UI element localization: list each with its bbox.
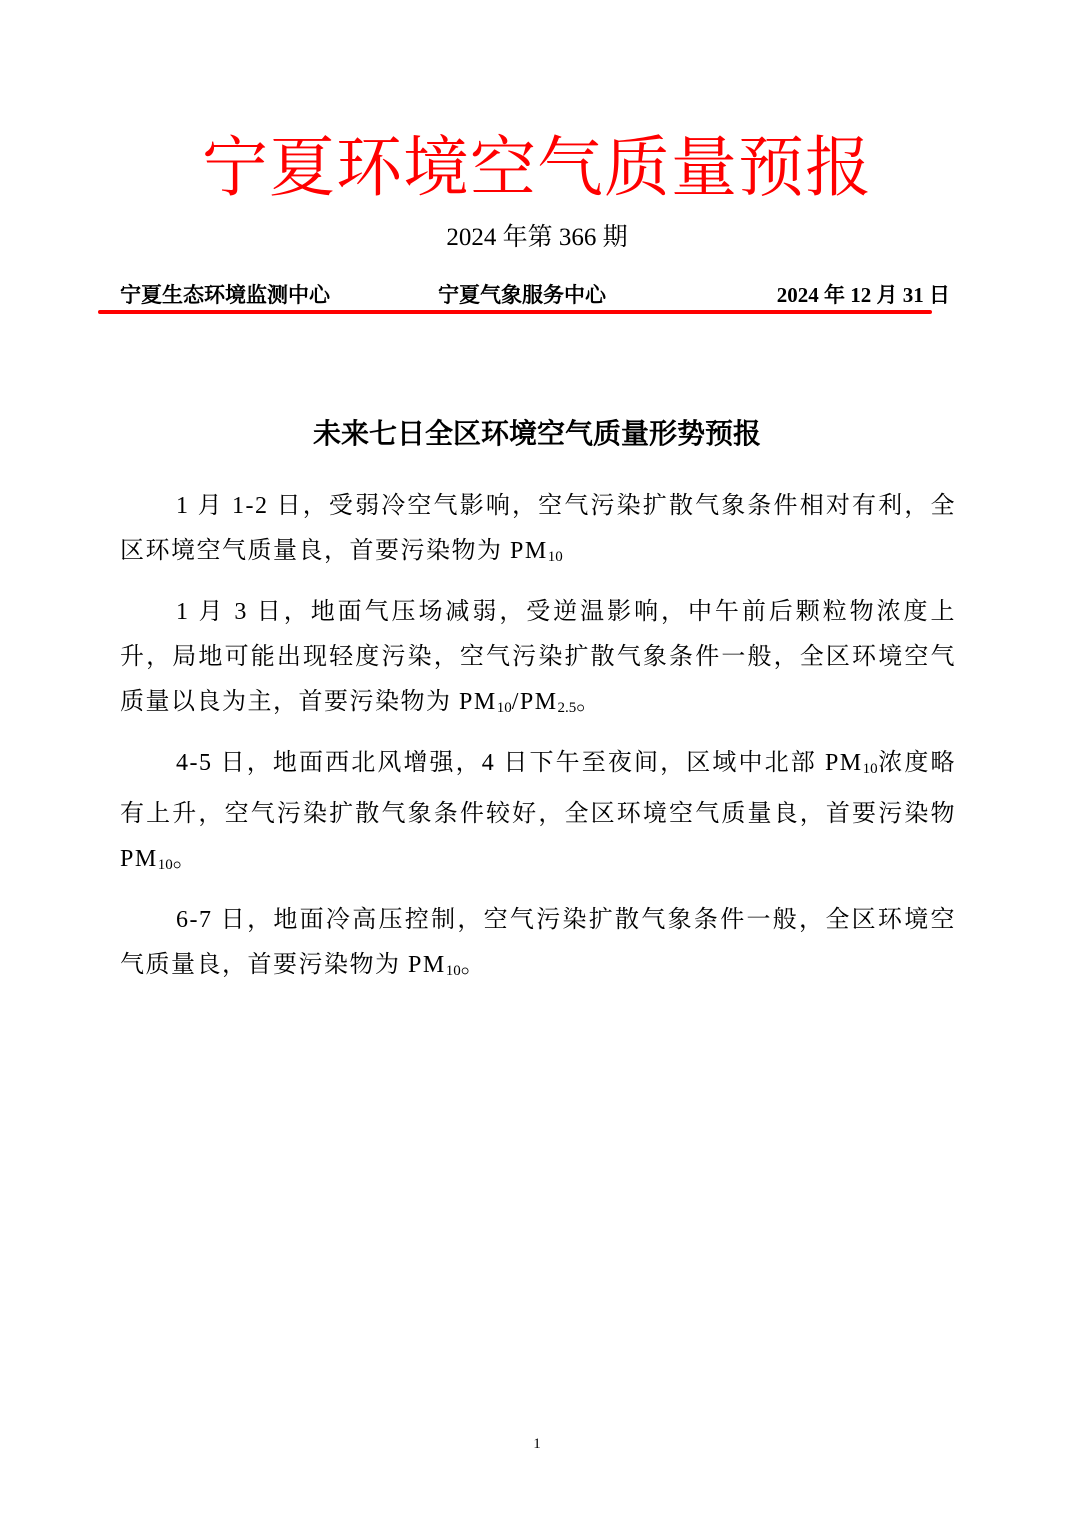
red-divider-line: [98, 310, 932, 314]
paragraph-text: 6-7 日，地面冷高压控制，空气污染扩散气象条件一般，全区环境空气质量良，首要污…: [120, 907, 956, 978]
document-masthead-title: 宁夏环境空气质量预报: [0, 128, 1074, 208]
publish-date: 2024 年 12 月 31 日: [777, 278, 950, 312]
publisher-info-bar: 宁夏生态环境监测中心 宁夏气象服务中心 2024 年 12 月 31 日: [120, 278, 950, 312]
subscript: 10: [446, 963, 461, 979]
forecast-paragraph-day4-5: 4-5 日，地面西北风增强，4 日下午至夜间，区域中北部 PM10浓度略有上升，…: [120, 741, 956, 888]
forecast-paragraph-day1-2: 1 月 1-2 日，受弱冷空气影响，空气污染扩散气象条件相对有利，全区环境空气质…: [120, 484, 956, 580]
subscript: 2.5: [558, 700, 577, 716]
paragraph-end: 。: [576, 689, 602, 715]
paragraph-end: 。: [173, 846, 199, 872]
section-title: 未来七日全区环境空气质量形势预报: [0, 412, 1074, 456]
issue-number: 2024 年第 366 期: [0, 218, 1074, 258]
paragraph-end: 。: [461, 952, 487, 978]
subscript: 10: [548, 549, 563, 565]
subscript: 10: [497, 700, 512, 716]
paragraph-text: 4-5 日，地面西北风增强，4 日下午至夜间，区域中北部 PM: [176, 750, 863, 776]
forecast-paragraph-day6-7: 6-7 日，地面冷高压控制，空气污染扩散气象条件一般，全区环境空气质量良，首要污…: [120, 898, 956, 994]
paragraph-text: /PM: [512, 689, 558, 715]
publisher-ecology-center: 宁夏生态环境监测中心: [120, 278, 330, 312]
paragraph-text: 1 月 1-2 日，受弱冷空气影响，空气污染扩散气象条件相对有利，全区环境空气质…: [120, 493, 956, 564]
forecast-paragraph-day3: 1 月 3 日，地面气压场减弱，受逆温影响，中午前后颗粒物浓度上升，局地可能出现…: [120, 590, 956, 731]
page-number: 1: [0, 1436, 1074, 1453]
subscript: 10: [863, 761, 878, 777]
publisher-weather-center: 宁夏气象服务中心: [438, 278, 606, 312]
forecast-body: 1 月 1-2 日，受弱冷空气影响，空气污染扩散气象条件相对有利，全区环境空气质…: [120, 484, 956, 1004]
subscript: 10: [158, 857, 173, 873]
